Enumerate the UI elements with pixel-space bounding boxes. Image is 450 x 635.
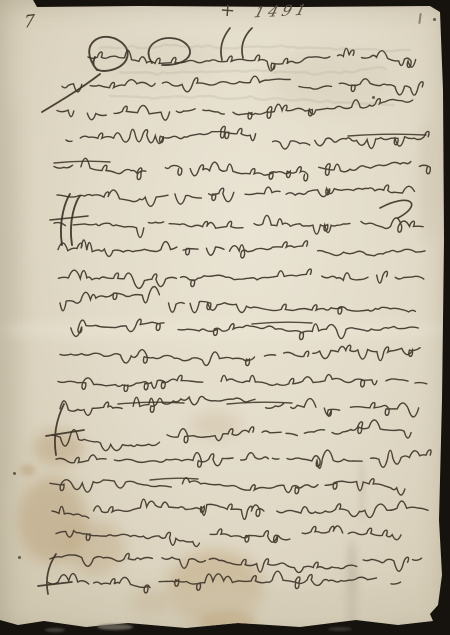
ink-stroke: [118, 402, 184, 404]
ink-stroke: [227, 402, 292, 404]
cross-mark: +: [219, 0, 236, 22]
folio-number: 7: [24, 11, 35, 33]
ink-stroke: [100, 45, 410, 51]
ink-stroke: [60, 345, 420, 365]
ink-stroke: [52, 499, 428, 519]
ink-stroke: [42, 74, 100, 112]
ink-stroke: [57, 185, 415, 206]
ink-stroke: [60, 287, 415, 314]
ink-stroke: [150, 478, 198, 480]
ink-stroke: [110, 96, 394, 105]
ink-stroke: [58, 375, 427, 392]
ink-stroke: [50, 216, 88, 220]
ink-stroke: [38, 554, 72, 594]
ink-stroke: [348, 134, 426, 136]
ink-stroke: [57, 99, 413, 121]
handwriting-layer: [0, 0, 450, 635]
ink-stroke: [89, 37, 128, 71]
year-heading: 1491: [252, 1, 312, 22]
ink-stroke: [61, 194, 80, 245]
ink-stroke: [52, 420, 423, 451]
ink-stroke: [66, 126, 429, 149]
ink-stroke: [58, 269, 423, 288]
ink-stroke: [56, 526, 408, 547]
ink-stroke: [50, 478, 405, 495]
ink-stroke: [120, 67, 386, 75]
ink-stroke: [88, 48, 416, 71]
ink-stroke: [54, 215, 423, 237]
ink-stroke: [62, 76, 423, 95]
ink-stroke: [60, 396, 419, 416]
ink-stroke: [58, 240, 425, 258]
ink-stroke: [380, 200, 412, 218]
ink-stroke: [46, 404, 84, 455]
ink-stroke: [221, 28, 230, 60]
manuscript-scan: 7 + 1491: [0, 0, 450, 635]
ink-stroke: [252, 322, 312, 324]
ink-stroke: [71, 319, 418, 339]
ink-stroke: [242, 28, 252, 58]
ink-stroke: [56, 450, 431, 469]
ink-stroke: [50, 553, 422, 572]
ink-stroke: [149, 38, 191, 65]
ink-stroke: [48, 571, 401, 593]
